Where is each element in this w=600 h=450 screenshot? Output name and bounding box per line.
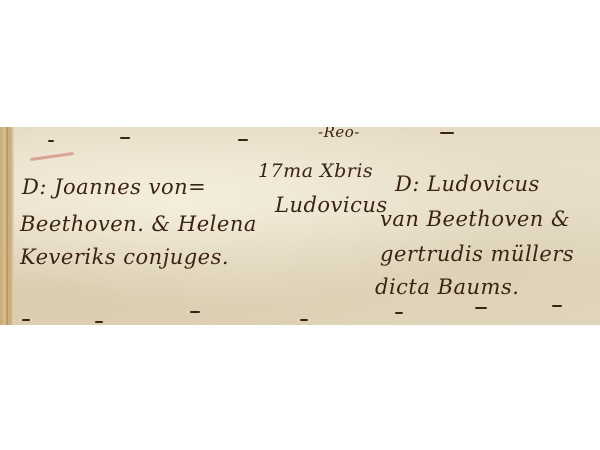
parents-line-3: Keveriks conjuges. [20, 245, 229, 269]
red-margin-mark [30, 152, 74, 161]
ink-stroke [95, 321, 103, 323]
page-binding-edge [0, 127, 14, 325]
godparents-line-1: D: Ludovicus [395, 172, 540, 196]
baptism-date: 17ma Xbris [258, 160, 373, 182]
top-text-fragment: -Reo- [318, 127, 360, 141]
ink-stroke [395, 312, 403, 314]
ink-stroke [300, 319, 308, 321]
godparents-line-3: gertrudis müllers [380, 242, 574, 266]
godparents-line-4: dicta Baums. [375, 275, 519, 299]
parchment-page: -Reo- D: Joannes von= Beethoven. & Helen… [0, 127, 600, 325]
godparents-line-2: van Beethoven & [380, 207, 570, 231]
ink-stroke [552, 305, 562, 307]
ink-stroke [120, 137, 130, 139]
parents-line-2: Beethoven. & Helena [20, 212, 257, 236]
ink-stroke [238, 139, 248, 141]
ink-stroke [475, 307, 487, 309]
ink-stroke [48, 140, 54, 142]
parents-line-1: D: Joannes von= [22, 175, 206, 199]
ink-stroke [190, 311, 200, 313]
child-name: Ludovicus [275, 193, 388, 217]
ink-stroke [440, 132, 454, 134]
ink-stroke [22, 319, 30, 321]
